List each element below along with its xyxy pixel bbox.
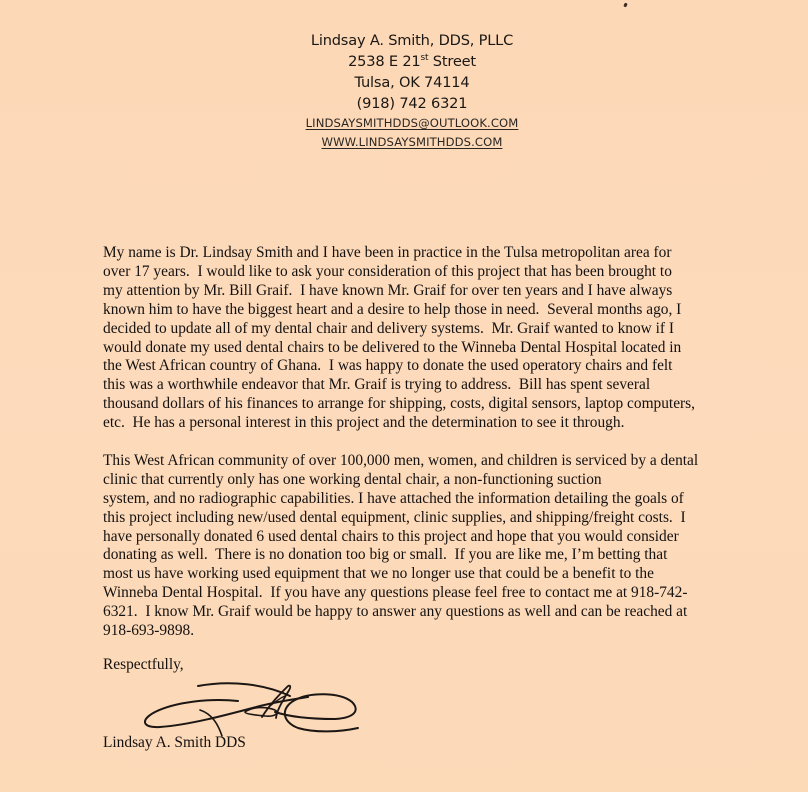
paragraph-2: This West African community of over 100,… — [103, 452, 743, 641]
city-state-zip: Tulsa, OK 74114 — [212, 72, 612, 93]
text-line: decided to update all of my dental chair… — [103, 320, 743, 339]
text-line: system, and no radiographic capabilities… — [103, 490, 743, 509]
text-line: clinic that currently only has one worki… — [103, 471, 743, 490]
text-line: the West African country of Ghana. I was… — [103, 357, 743, 376]
text-line: have personally donated 6 used dental ch… — [103, 528, 743, 547]
email-link[interactable]: LINDSAYSMITHDDS@OUTLOOK.COM — [212, 114, 612, 133]
letter-page: Lindsay A. Smith, DDS, PLLC 2538 E 21st … — [0, 0, 808, 792]
text-line: 918-693-9898. — [103, 622, 743, 641]
text-line: my attention by Mr. Bill Graif. I have k… — [103, 282, 743, 301]
practice-name: Lindsay A. Smith, DDS, PLLC — [212, 30, 612, 51]
letterhead: Lindsay A. Smith, DDS, PLLC 2538 E 21st … — [212, 30, 612, 152]
text-line: known him to have the biggest heart and … — [103, 301, 743, 320]
street-address: 2538 E 21st Street — [212, 51, 612, 72]
text-line: thousand dollars of his finances to arra… — [103, 395, 743, 414]
text-line: My name is Dr. Lindsay Smith and I have … — [103, 244, 743, 263]
street-name: Street — [428, 53, 476, 70]
text-line: donating as well. There is no donation t… — [103, 546, 743, 565]
text-line: most us have working used equipment that… — [103, 565, 743, 584]
text-line: 6321. I know Mr. Graif would be happy to… — [103, 603, 743, 622]
street-number: 2538 E 21 — [348, 53, 420, 70]
text-line: Winneba Dental Hospital. If you have any… — [103, 584, 743, 603]
text-line: would donate my used dental chairs to be… — [103, 339, 743, 358]
text-line: etc. He has a personal interest in this … — [103, 414, 743, 433]
scan-speck — [623, 3, 627, 8]
paragraph-1: My name is Dr. Lindsay Smith and I have … — [103, 244, 743, 433]
text-line: this project including new/used dental e… — [103, 509, 743, 528]
text-line: this was a worthwhile endeavor that Mr. … — [103, 376, 743, 395]
phone-number: (918) 742 6321 — [212, 93, 612, 114]
text-line: This West African community of over 100,… — [103, 452, 743, 471]
letter-body: My name is Dr. Lindsay Smith and I have … — [103, 244, 743, 660]
text-line: over 17 years. I would like to ask your … — [103, 263, 743, 282]
signer-name: Lindsay A. Smith DDS — [103, 733, 246, 752]
website-link[interactable]: WWW.LINDSAYSMITHDDS.COM — [212, 133, 612, 152]
